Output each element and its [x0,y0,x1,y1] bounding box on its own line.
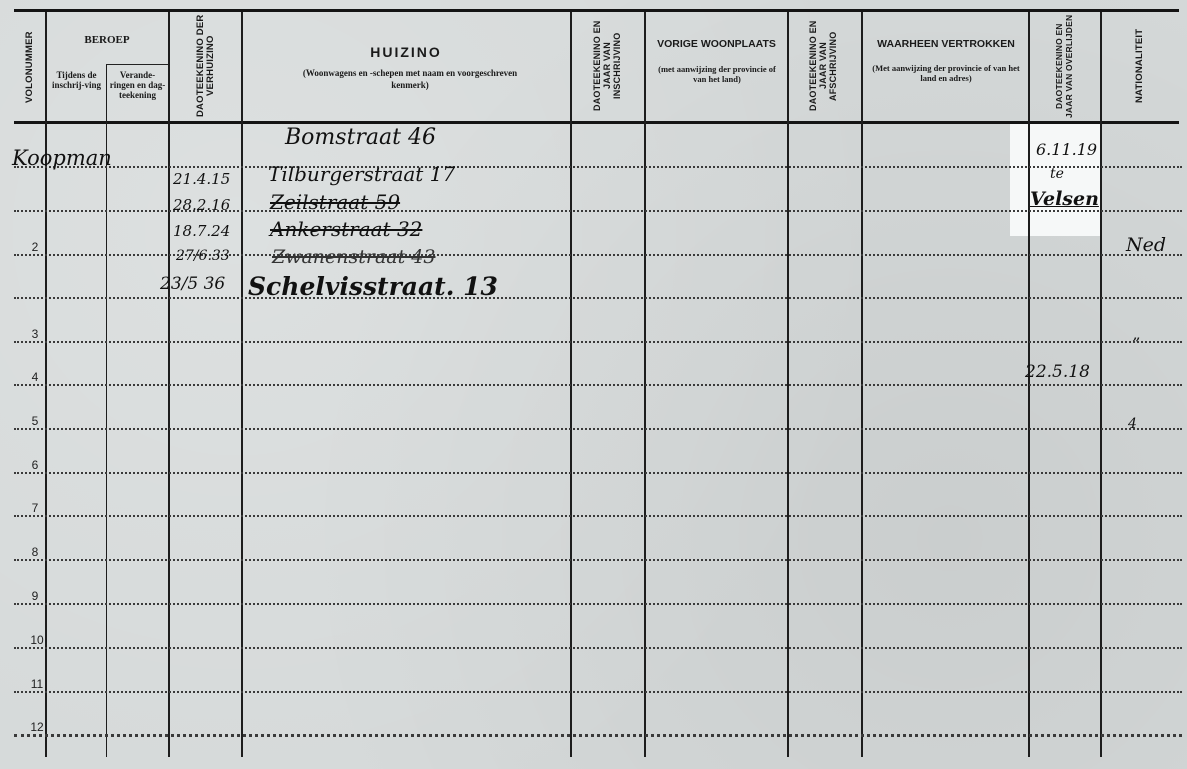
row-rule [14,472,1182,474]
header-beroep-inschrijving: Tijdens de inschrij-ving [48,70,105,90]
handwritten-address-struck: Ankerstraat 32 [270,217,422,241]
beroep-divider [106,64,168,65]
top-rule [14,9,1179,12]
row-rule [14,647,1182,649]
header-nationaliteit: NATIONALITEIT [1128,14,1152,118]
handwritten-address-struck: Zwanenstraat 43 [272,246,436,268]
handwritten-move-date: 23/5 36 [160,274,225,294]
row-rule [14,428,1182,430]
row-rule [14,166,1182,168]
row-number: 9 [20,589,50,603]
header-beroep-veranderingen: Verande-ringen en dag-teekening [108,70,167,100]
row-number: 4 [20,370,50,384]
header-huizing-subtitle: (Woonwagens en -schepen met naam en voor… [290,67,530,91]
handwritten-death-place-prefix: te [1050,166,1064,182]
header-vorige-woonplaats: VORIGE WOONPLAATS [648,38,785,50]
header-waarheen-vertrokken-subtitle: (Met aanwijzing der provincie of van het… [866,63,1026,83]
handwritten-nationality-ditto: ” [1132,334,1140,353]
header-vorige-woonplaats-subtitle: (met aanwijzing der provincie of van het… [652,64,782,84]
header-huizing: HUIZINO [243,44,569,60]
header-dagteekening-overlijden: DAOTEEKENINO EN JAAR VAN OVERLIJDEN [1034,14,1094,118]
col-line [1028,124,1030,236]
row-rule [14,341,1182,343]
handwritten-address-struck: Zeilstraat 59 [270,190,400,214]
row-number: 10 [22,633,52,647]
row-number: 8 [20,545,50,559]
header-volgnummer: VOLONUMMER [18,16,42,118]
handwritten-nationality: Ned [1126,234,1166,256]
row-number: 6 [20,458,50,472]
handwritten-move-date: 27/6.33 [176,248,230,264]
header-dagteekening-afschrijving: DAOTEEKENINO EN JAAR VAN AFSCHRIJVINO [800,14,846,118]
header-dagteekening-inschrijving: DAOTEEKENINO EN JAAR VAN INSCHRIJVINO [584,14,630,118]
row-rule [14,603,1182,605]
handwritten-death-date: 6.11.19 [1036,140,1097,159]
handwritten-address: Tilburgerstraat 17 [268,162,455,186]
handwritten-move-date: 18.7.24 [173,222,230,240]
row-number: 7 [20,501,50,515]
row-rule [14,384,1182,386]
row-rule [14,297,1182,299]
handwritten-death-date: 22.5.18 [1025,362,1090,382]
row-rule [14,734,1182,737]
header-dagteekening-verhuizing: DAOTEEKENINO DER VERHUIZINO [180,14,232,118]
row-number: 5 [20,414,50,428]
header-waarheen-vertrokken: WAARHEEN VERTROKKEN [866,38,1026,50]
handwritten-nationality-mark: 4 [1128,416,1137,432]
row-rule [14,515,1182,517]
row-rule [14,559,1182,561]
handwritten-beroep: Koopman [12,146,112,170]
handwritten-move-date: 28.2.16 [173,196,230,214]
row-number: 3 [20,327,50,341]
handwritten-address: Schelvisstraat. 13 [248,272,498,301]
handwritten-death-place: Velsen [1030,188,1099,210]
header-beroep: BEROEP [47,34,167,46]
row-number: 2 [20,240,50,254]
row-number: 11 [22,677,52,691]
header-bottom-rule [14,121,1179,124]
handwritten-address: Bomstraat 46 [285,125,436,150]
row-rule [14,691,1182,693]
row-number: 12 [22,720,52,734]
register-card: VOLONUMMER BEROEP Tijdens de inschrij-vi… [0,0,1187,769]
handwritten-move-date: 21.4.15 [173,170,230,188]
